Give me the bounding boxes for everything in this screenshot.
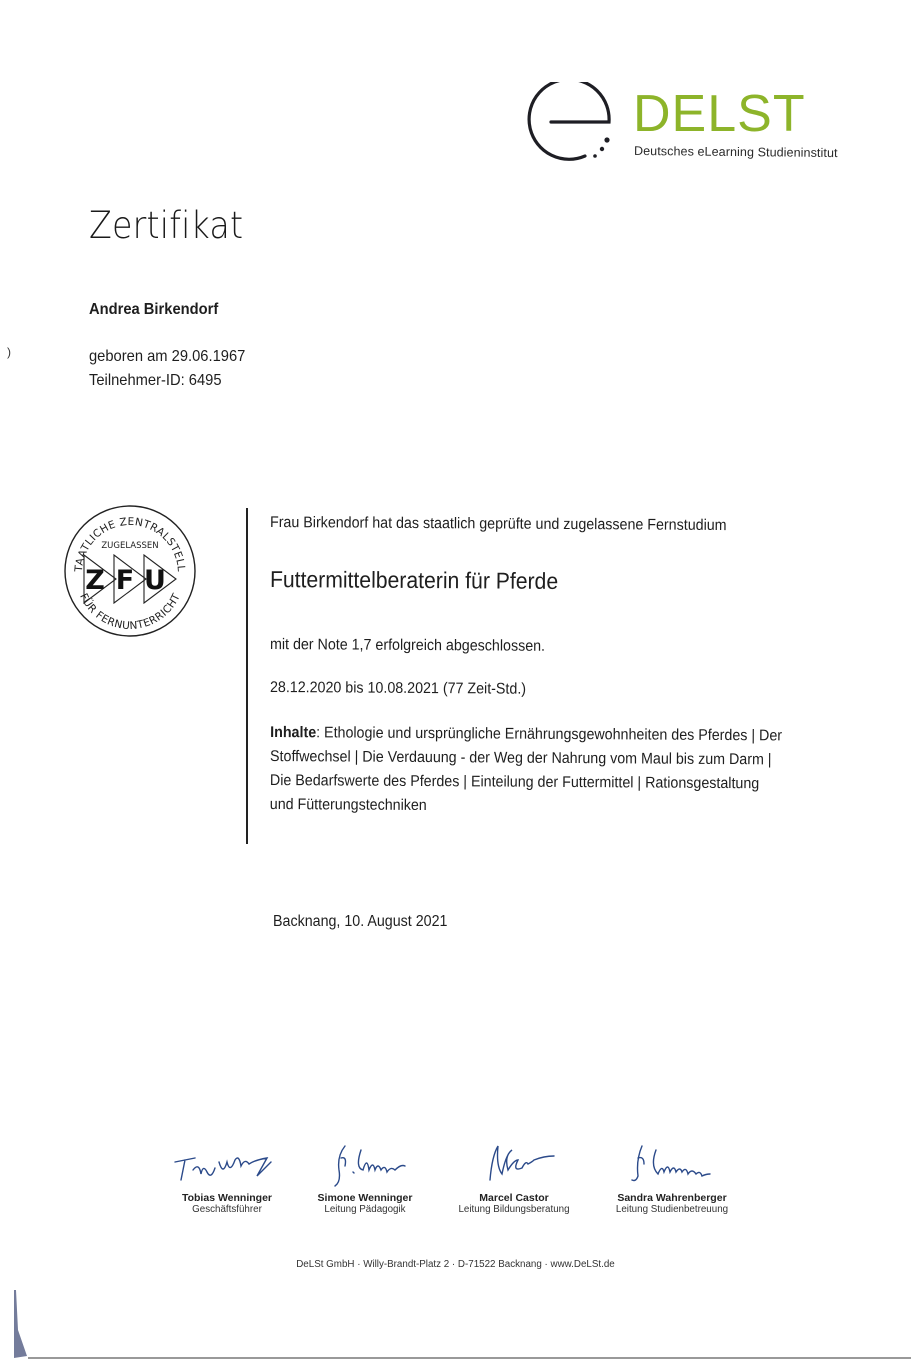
contents-text: Inhalte: Ethologie und ursprüngliche Ern…	[270, 721, 786, 820]
signatory-role: Geschäftsführer	[152, 1204, 302, 1215]
signature-icon	[454, 1140, 574, 1190]
delst-wordmark: DELST	[633, 88, 806, 140]
signatory-name: Marcel Castor	[439, 1192, 589, 1204]
grade-text: mit der Note 1,7 erfolgreich abgeschloss…	[270, 636, 545, 656]
signatory-3: Marcel Castor Leitung Bildungsberatung	[439, 1140, 589, 1215]
participant-id: Teilnehmer-ID: 6495	[89, 372, 222, 390]
signatory-1: Tobias Wenninger Geschäftsführer	[152, 1140, 302, 1215]
signatory-name: Tobias Wenninger	[152, 1192, 302, 1204]
period-text: 28.12.2020 bis 10.08.2021 (77 Zeit-Std.)	[270, 679, 526, 699]
birth-date: geboren am 29.06.1967	[89, 348, 245, 366]
delst-tagline: Deutsches eLearning Studieninstitut	[634, 144, 838, 160]
intro-text: Frau Birkendorf hat das staatlich geprüf…	[270, 514, 727, 535]
seal-letter-z: Z	[85, 565, 105, 596]
svg-text:FÜR FERNUNTERRICHT: FÜR FERNUNTERRICHT	[77, 591, 183, 632]
course-title: Futtermittelberaterin für Pferde	[270, 566, 558, 595]
seal-letter-f: F	[116, 565, 134, 596]
divider-line	[246, 508, 248, 844]
signatory-name: Simone Wenninger	[290, 1192, 440, 1204]
seal-letter-u: U	[144, 565, 166, 596]
contents-list: : Ethologie und ursprüngliche Ernährungs…	[270, 724, 782, 814]
certificate-title: Zertifikat	[89, 204, 243, 247]
seal-bottom-text: FÜR FERNUNTERRICHT	[77, 591, 183, 632]
signatory-role: Leitung Studienbetreuung	[597, 1204, 747, 1215]
recipient-name: Andrea Birkendorf	[89, 301, 218, 319]
signatory-2: Simone Wenninger Leitung Pädagogik	[290, 1140, 440, 1215]
signatory-role: Leitung Bildungsberatung	[439, 1204, 589, 1215]
signatory-4: Sandra Wahrenberger Leitung Studienbetre…	[597, 1140, 747, 1215]
signature-icon	[612, 1140, 732, 1190]
contents-label: Inhalte	[270, 724, 316, 741]
scan-bottom-edge	[28, 1357, 911, 1359]
seal-approved-text: ZUGELASSEN	[101, 541, 158, 551]
signature-icon	[305, 1140, 425, 1190]
signatory-role: Leitung Pädagogik	[290, 1204, 440, 1215]
margin-mark: )	[7, 345, 11, 359]
signatory-name: Sandra Wahrenberger	[597, 1192, 747, 1204]
place-date: Backnang, 10. August 2021	[273, 913, 447, 931]
delst-e-logo-icon	[527, 82, 617, 172]
scan-edge-shadow	[13, 1290, 29, 1358]
footer-address: DeLSt GmbH · Willy-Brandt-Platz 2 · D-71…	[0, 1259, 911, 1270]
signature-icon	[167, 1140, 287, 1190]
zfu-seal-icon: STAATLICHE ZENTRALSTELLE FÜR FERNUNTERRI…	[62, 503, 198, 639]
